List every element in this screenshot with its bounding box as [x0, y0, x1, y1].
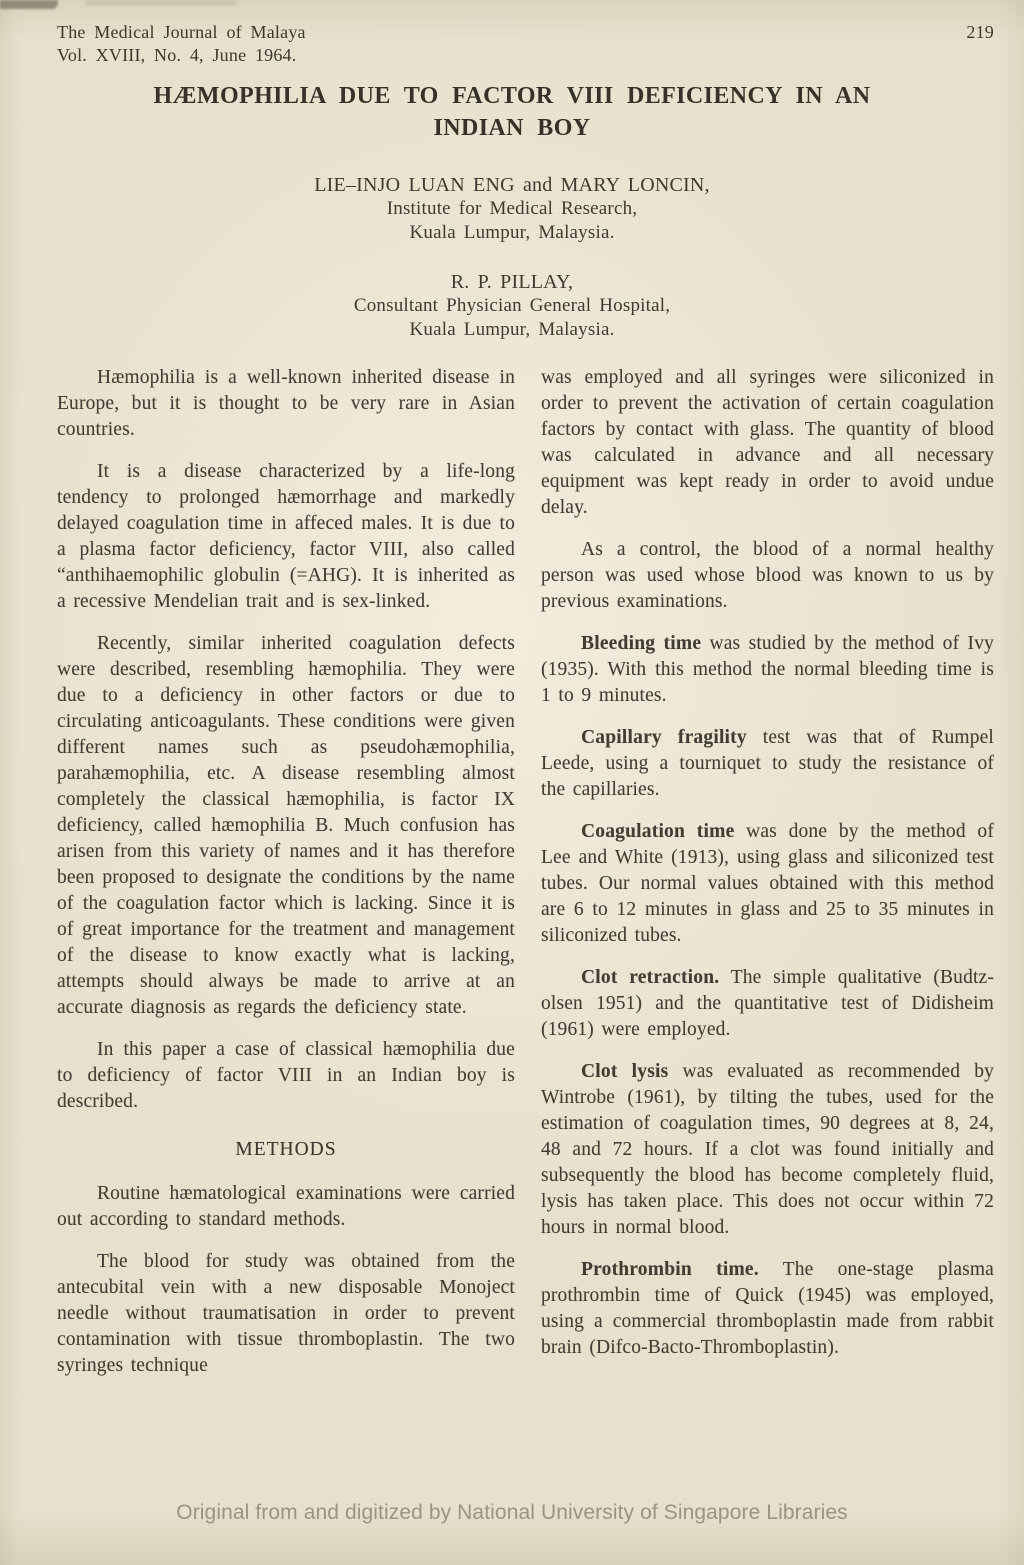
article-body: Hæmophilia is a well-known inherited dis… — [0, 365, 1024, 1395]
scan-artifact-smudge — [0, 0, 58, 9]
paragraph: Coagulation time was done by the method … — [541, 819, 994, 949]
paragraph-text: was employed and all syringes were silic… — [541, 367, 994, 518]
scanned-journal-page: The Medical Journal of Malaya Vol. XVIII… — [0, 0, 1024, 1565]
author-affiliation: Kuala Lumpur, Malaysia. — [0, 221, 1024, 245]
paragraph-lead: Bleeding time — [581, 633, 701, 654]
paragraph-lead: Capillary fragility — [581, 727, 747, 748]
right-column: was employed and all syringes were silic… — [541, 365, 994, 1395]
author-affiliation: Consultant Physician General Hospital, — [0, 294, 1024, 318]
scan-artifact-edge-mark — [86, 0, 236, 5]
article-title: HÆMOPHILIA DUE TO FACTOR VIII DEFICIENCY… — [0, 80, 1024, 144]
paragraph: In this paper a case of classical hæmoph… — [57, 1037, 515, 1115]
author-block-primary: LIE–INJO LUAN ENG and MARY LONCIN, Insti… — [0, 173, 1024, 245]
paragraph-text: was evaluated as recommended by Wintrobe… — [541, 1061, 994, 1238]
journal-name: The Medical Journal of Malaya — [57, 21, 306, 44]
digitization-credit: Original from and digitized by National … — [0, 1501, 1024, 1525]
paragraph: Routine hæmatological examinations were … — [57, 1181, 515, 1233]
author-affiliation: Institute for Medical Research, — [0, 197, 1024, 221]
paragraph-lead: Coagulation time — [581, 821, 734, 842]
paragraph: The blood for study was obtained from th… — [57, 1249, 515, 1379]
author-names: LIE–INJO LUAN ENG and MARY LONCIN, — [0, 173, 1024, 197]
paragraph: Clot lysis was evaluated as recommended … — [541, 1059, 994, 1241]
paragraph: As a control, the blood of a normal heal… — [541, 537, 994, 615]
paragraph: Clot retraction. The simple qualitative … — [541, 965, 994, 1043]
paragraph-lead: Prothrombin time. — [581, 1259, 759, 1280]
paragraph: was employed and all syringes were silic… — [541, 365, 994, 521]
journal-issue-line: Vol. XVIII, No. 4, June 1964. — [57, 44, 306, 67]
paragraph-text: As a control, the blood of a normal heal… — [541, 539, 994, 612]
author-names: R. P. PILLAY, — [0, 270, 1024, 294]
paragraph: Prothrombin time. The one-stage plasma p… — [541, 1257, 994, 1361]
paragraph: Capillary fragility test was that of Rum… — [541, 725, 994, 803]
left-column: Hæmophilia is a well-known inherited dis… — [57, 365, 515, 1395]
paragraph: It is a disease characterized by a life-… — [57, 459, 515, 615]
paragraph: Recently, similar inherited coagulation … — [57, 631, 515, 1021]
article-title-line2: INDIAN BOY — [433, 115, 590, 141]
paragraph: Bleeding time was studied by the method … — [541, 631, 994, 709]
author-affiliation: Kuala Lumpur, Malaysia. — [0, 318, 1024, 342]
page-number: 219 — [966, 21, 994, 44]
paragraph: Hæmophilia is a well-known inherited dis… — [57, 365, 515, 443]
author-block-secondary: R. P. PILLAY, Consultant Physician Gener… — [0, 270, 1024, 342]
methods-section-heading: METHODS — [57, 1139, 515, 1161]
paragraph-lead: Clot lysis — [581, 1061, 668, 1082]
article-title-line1: HÆMOPHILIA DUE TO FACTOR VIII DEFICIENCY… — [153, 83, 870, 109]
page-header: The Medical Journal of Malaya Vol. XVIII… — [0, 0, 1024, 67]
journal-info: The Medical Journal of Malaya Vol. XVIII… — [57, 21, 306, 67]
paragraph-lead: Clot retraction. — [581, 967, 719, 988]
